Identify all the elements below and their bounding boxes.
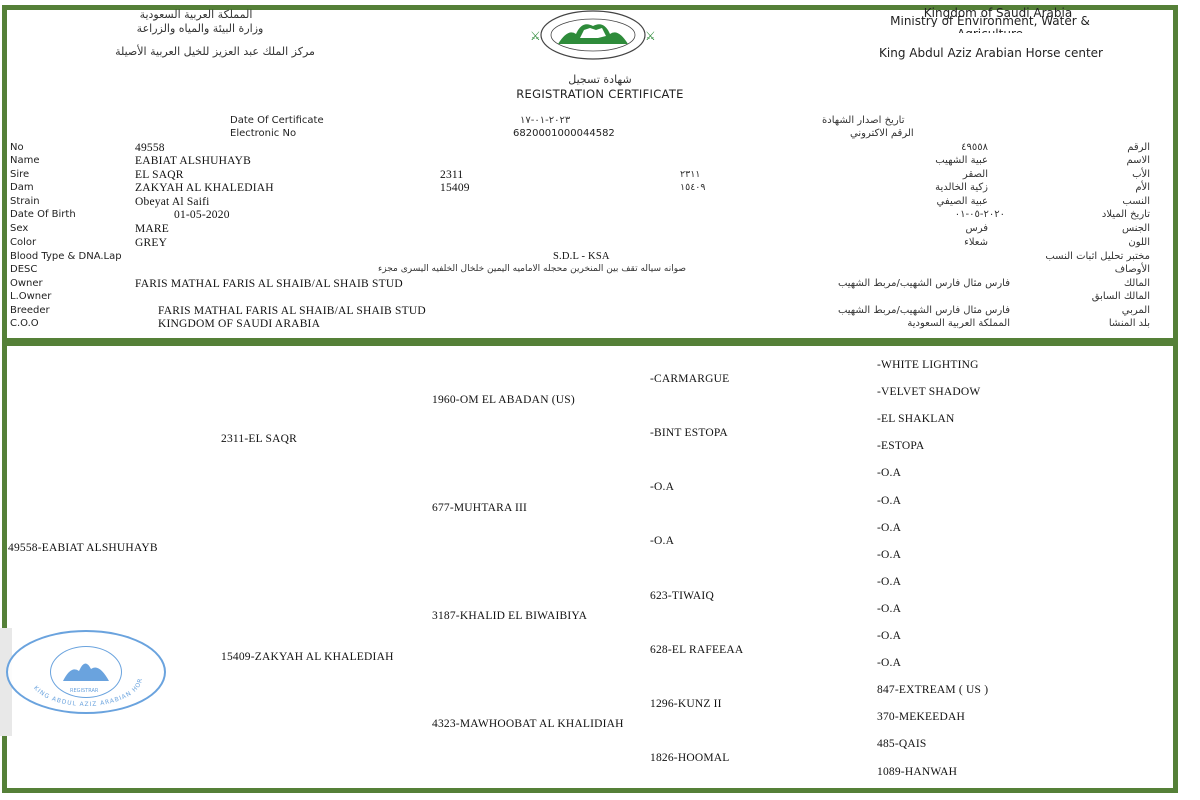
detail-label: L.Owner <box>10 291 51 302</box>
detail-number: 2311 <box>440 169 463 181</box>
detail-number-ar: ٢٣١١ <box>680 169 700 180</box>
pedigree-great-great-grandparent: 847-EXTREAM ( US ) <box>877 684 988 696</box>
detail-value-ar: شعلاء <box>964 237 988 248</box>
header-en-ministry-cut: Agriculture <box>890 27 1090 33</box>
detail-label: DESC <box>10 264 37 275</box>
pedigree-great-great-grandparent: 485-QAIS <box>877 738 927 750</box>
pedigree-great-great-grandparent: -O.A <box>877 522 901 534</box>
pedigree-great-grandparent: 623-TIWAIQ <box>650 590 714 602</box>
detail-label: Owner <box>10 278 43 289</box>
detail-label-ar: المالك السابق <box>1092 291 1150 302</box>
date-of-certificate-value: ٢٠٢٣-٠١-١٧ <box>520 115 570 126</box>
pedigree-great-great-grandparent: -O.A <box>877 657 901 669</box>
detail-value: FARIS MATHAL FARIS AL SHAIB/AL SHAIB STU… <box>135 278 403 290</box>
pedigree-parent: 2311-EL SAQR <box>221 433 297 445</box>
title-en: REGISTRATION CERTIFICATE <box>470 87 730 101</box>
detail-label: Breeder <box>10 305 50 316</box>
pedigree-great-great-grandparent: -O.A <box>877 630 901 642</box>
pedigree-great-great-grandparent: -O.A <box>877 603 901 615</box>
detail-label: Color <box>10 237 36 248</box>
pedigree-great-great-grandparent: -ESTOPA <box>877 440 924 452</box>
pedigree-grandparent: 3187-KHALID EL BIWAIBIYA <box>432 610 587 622</box>
detail-value: ZAKYAH AL KHALEDIAH <box>135 182 274 194</box>
pedigree-great-great-grandparent: -O.A <box>877 495 901 507</box>
detail-label-ar: الاسم <box>1126 155 1150 166</box>
detail-label: Strain <box>10 196 40 207</box>
header-en-center: King Abdul Aziz Arabian Horse center <box>836 46 1146 60</box>
detail-label: No <box>10 142 24 153</box>
electronic-no-label: Electronic No <box>230 128 296 139</box>
svg-text:⚔: ⚔ <box>645 29 656 43</box>
svg-text:⚔: ⚔ <box>530 29 541 43</box>
detail-label-ar: النسب <box>1122 196 1150 207</box>
detail-value: KINGDOM OF SAUDI ARABIA <box>158 318 320 330</box>
pedigree-great-grandparent: -O.A <box>650 481 674 493</box>
pedigree-great-great-grandparent: -EL SHAKLAN <box>877 413 954 425</box>
detail-label: Blood Type & DNA.Lap <box>10 251 122 262</box>
pedigree-great-grandparent: -CARMARGUE <box>650 373 729 385</box>
detail-value: FARIS MATHAL FARIS AL SHAIB/AL SHAIB STU… <box>158 305 426 317</box>
detail-label-ar: اللون <box>1128 237 1150 248</box>
detail-value: MARE <box>135 223 169 235</box>
detail-value: Obeyat Al Saifi <box>135 196 210 208</box>
detail-value: صوانه سياله تقف بين المنخرين محجله الاما… <box>378 264 686 274</box>
pedigree-grandparent: 1960-OM EL ABADAN (US) <box>432 394 575 406</box>
detail-label-ar: المربي <box>1122 305 1150 316</box>
pedigree-parent: 15409-ZAKYAH AL KHALEDIAH <box>221 651 394 663</box>
detail-value: S.D.L - KSA <box>553 251 610 262</box>
detail-value-ar: فارس مثال فارس الشهيب/مربط الشهيب <box>838 278 1010 289</box>
detail-value-ar: ٤٩٥٥٨ <box>961 142 988 153</box>
detail-label-ar: الجنس <box>1122 223 1150 234</box>
header-ar-ministry: وزارة البيئة والمياه والزراعة <box>110 22 290 35</box>
detail-label-ar: مختبر تحليل اثبات النسب <box>1045 251 1150 262</box>
detail-label-ar: بلد المنشا <box>1109 318 1150 329</box>
header-ar-kingdom: المملكة العربية السعودية <box>126 8 266 21</box>
pedigree-great-great-grandparent: -O.A <box>877 576 901 588</box>
detail-label: Sex <box>10 223 28 234</box>
pedigree-great-great-grandparent: -O.A <box>877 467 901 479</box>
detail-label-ar: الرقم <box>1127 142 1150 153</box>
detail-label-ar: الأب <box>1132 169 1150 180</box>
svg-text:KING ABDUL AZIZ ARABIAN HORSES: KING ABDUL AZIZ ARABIAN HORSES CENTER AT… <box>8 632 144 708</box>
pedigree-great-grandparent: 1296-KUNZ II <box>650 698 722 710</box>
detail-value: 49558 <box>135 142 165 154</box>
emblem-logo-icon: ⚔ ⚔ <box>518 8 668 62</box>
detail-number-ar: ١٥٤٠٩ <box>680 182 706 193</box>
pedigree-great-great-grandparent: -O.A <box>877 549 901 561</box>
pedigree-great-grandparent: 1826-HOOMAL <box>650 752 730 764</box>
detail-value-ar: ٢٠٢٠-٠٥-٠١ <box>955 209 1005 220</box>
detail-value-ar: المملكة العربية السعودية <box>907 318 1010 329</box>
registry-stamp-icon: KING ABDUL AZIZ ARABIAN HORSES CENTER AT… <box>6 630 166 714</box>
detail-label: Date Of Birth <box>10 209 76 220</box>
detail-value-ar: فرس <box>965 223 988 234</box>
pedigree-great-great-grandparent: 370-MEKEEDAH <box>877 711 965 723</box>
pedigree-great-grandparent: -BINT ESTOPA <box>650 427 728 439</box>
detail-value-ar: عبية الصيفي <box>937 196 988 207</box>
detail-value-ar: فارس مثال فارس الشهيب/مربط الشهيب <box>838 305 1010 316</box>
detail-label-ar: تاريخ الميلاد <box>1102 209 1150 220</box>
detail-label-ar: الأوصاف <box>1115 264 1150 275</box>
electronic-no-value: 6820001000044582 <box>513 128 615 139</box>
pedigree-great-great-grandparent: -WHITE LIGHTING <box>877 359 979 371</box>
pedigree-great-great-grandparent: -VELVET SHADOW <box>877 386 980 398</box>
pedigree-great-grandparent: -O.A <box>650 535 674 547</box>
detail-value-ar: الصقر <box>963 169 988 180</box>
detail-value-ar: زكية الخالدية <box>935 182 988 193</box>
pedigree-grandparent: 677-MUHTARA III <box>432 502 527 514</box>
title-ar: شهادة تسجيل <box>520 73 680 86</box>
detail-value: EABIAT ALSHUHAYB <box>135 155 251 167</box>
electronic-no-label-ar: الرقم الاكتروني <box>850 128 914 139</box>
pedigree-great-great-grandparent: 1089-HANWAH <box>877 766 957 778</box>
detail-value: GREY <box>135 237 167 249</box>
detail-number: 15409 <box>440 182 470 194</box>
detail-value: 01-05-2020 <box>174 209 230 221</box>
pedigree-grandparent: 4323-MAWHOOBAT AL KHALIDIAH <box>432 718 624 730</box>
date-of-certificate-label: Date Of Certificate <box>230 115 324 126</box>
pedigree-great-grandparent: 628-EL RAFEEAA <box>650 644 743 656</box>
date-of-certificate-label-ar: تاريخ اصدار الشهادة <box>822 115 904 126</box>
header-ar-center: مركز الملك عبد العزيز للخيل العربية الأص… <box>70 45 360 58</box>
detail-label-ar: الأم <box>1135 182 1150 193</box>
detail-value: EL SAQR <box>135 169 184 181</box>
detail-label-ar: المالك <box>1124 278 1150 289</box>
svg-text:REGISTRAR: REGISTRAR <box>70 688 99 694</box>
detail-value-ar: عبية الشهيب <box>935 155 988 166</box>
detail-label: C.O.O <box>10 318 39 329</box>
detail-label: Dam <box>10 182 34 193</box>
detail-label: Name <box>10 155 40 166</box>
header-en-ministry: Ministry of Environment, Water & <box>845 16 1135 27</box>
detail-label: Sire <box>10 169 29 180</box>
pedigree-subject: 49558-EABIAT ALSHUHAYB <box>8 542 158 554</box>
